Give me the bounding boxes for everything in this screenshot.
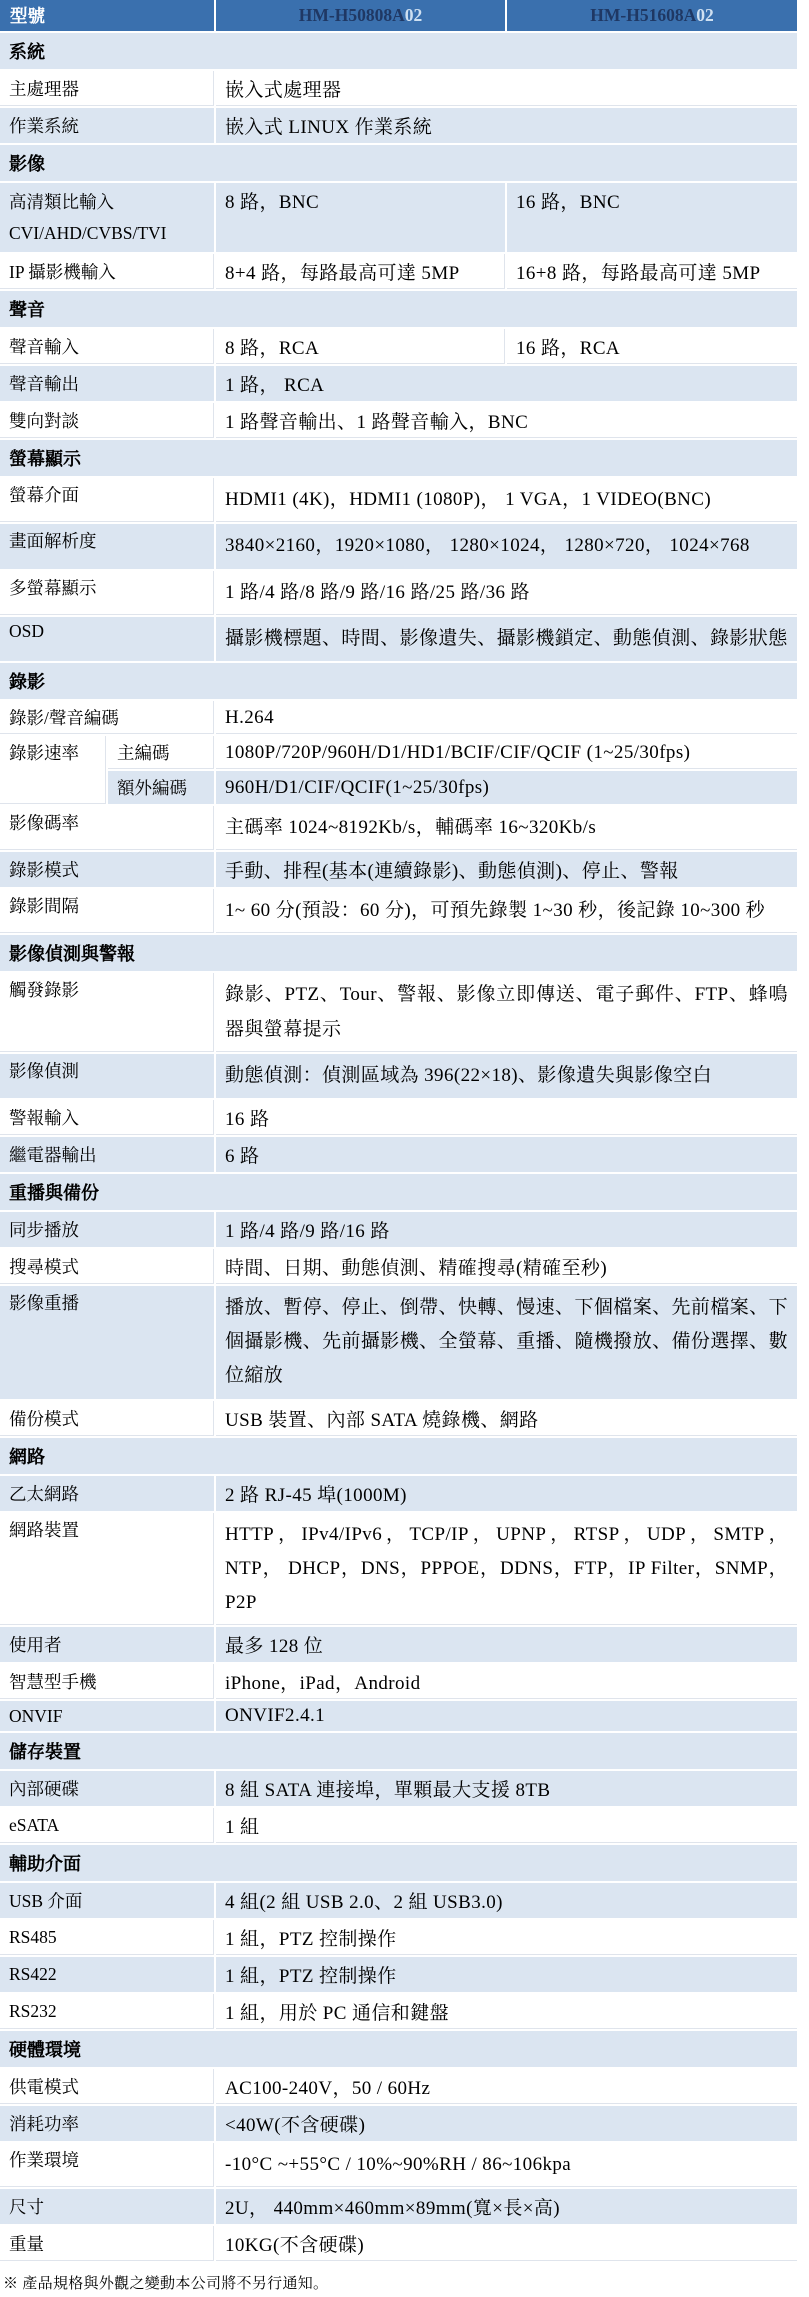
- row-value: 16 路，RCA: [507, 329, 799, 366]
- table-row: 錄影間隔1~ 60 分(預設：60 分)，可預先錄製 1~30 秒，後記錄 10…: [0, 889, 799, 935]
- table-row: 重量10KG(不含硬碟): [0, 2226, 799, 2263]
- table-header-row: 型號 HM-H50808A02 HM-H51608A02: [0, 0, 799, 33]
- row-label: RS422: [0, 1957, 216, 1994]
- section-row: 系統: [0, 33, 799, 71]
- row-label: USB 介面: [0, 1883, 216, 1920]
- row-value: 嵌入式處理器: [216, 71, 799, 108]
- section-title: 影像: [0, 145, 799, 183]
- row-label: 影像偵測: [0, 1054, 216, 1100]
- section-row: 重播與備份: [0, 1174, 799, 1212]
- row-label: 重量: [0, 2226, 216, 2263]
- table-row: USB 介面4 組(2 組 USB 2.0、2 組 USB3.0): [0, 1883, 799, 1920]
- row-label: 尺寸: [0, 2189, 216, 2226]
- row-value: 6 路: [216, 1137, 799, 1174]
- row-value: HDMI1 (4K)，HDMI1 (1080P)， 1 VGA，1 VIDEO(…: [216, 478, 799, 524]
- row-value: 1080P/720P/960H/D1/HD1/BCIF/CIF/QCIF (1~…: [216, 736, 799, 771]
- row-label: 搜尋模式: [0, 1249, 216, 1286]
- table-row: 同步播放1 路/4 路/9 路/16 路: [0, 1212, 799, 1249]
- table-row: 乙太網路2 路 RJ-45 埠(1000M): [0, 1476, 799, 1513]
- row-label: 聲音輸出: [0, 366, 216, 403]
- table-row: RS4851 組，PTZ 控制操作: [0, 1920, 799, 1957]
- row-value: <40W(不含硬碟): [216, 2106, 799, 2143]
- row-value: 1 路/4 路/8 路/9 路/16 路/25 路/36 路: [216, 571, 799, 617]
- section-title: 網路: [0, 1438, 799, 1476]
- row-label: 雙向對談: [0, 403, 216, 440]
- row-value: 1 組，PTZ 控制操作: [216, 1957, 799, 1994]
- model-a-header: HM-H50808A02: [216, 0, 507, 33]
- table-row: ONVIFONVIF2.4.1: [0, 1701, 799, 1733]
- row-label: 消耗功率: [0, 2106, 216, 2143]
- table-row: 額外編碼960H/D1/CIF/QCIF(1~25/30fps): [0, 771, 799, 806]
- section-row: 聲音: [0, 291, 799, 329]
- row-value: 10KG(不含硬碟): [216, 2226, 799, 2263]
- table-row: 網路裝置HTTP，IPv4/IPv6，TCP/IP，UPNP，RTSP，UDP，…: [0, 1513, 799, 1628]
- row-value: 16 路: [216, 1100, 799, 1137]
- table-row: 影像碼率主碼率 1024~8192Kb/s，輔碼率 16~320Kb/s: [0, 806, 799, 852]
- section-title: 螢幕顯示: [0, 440, 799, 478]
- row-label: 影像碼率: [0, 806, 216, 852]
- section-row: 輔助介面: [0, 1845, 799, 1883]
- model-a-name: HM-H50808A: [299, 5, 405, 25]
- model-b-suffix: 02: [696, 5, 714, 25]
- table-row: 消耗功率<40W(不含硬碟): [0, 2106, 799, 2143]
- row-value: 1 路/4 路/9 路/16 路: [216, 1212, 799, 1249]
- row-label: 繼電器輸出: [0, 1137, 216, 1174]
- model-a-suffix: 02: [405, 5, 423, 25]
- section-row: 網路: [0, 1438, 799, 1476]
- table-row: 多螢幕顯示1 路/4 路/8 路/9 路/16 路/25 路/36 路: [0, 571, 799, 617]
- row-label: 同步播放: [0, 1212, 216, 1249]
- row-value: 16+8 路，每路最高可達 5MP: [507, 254, 799, 291]
- row-value: 960H/D1/CIF/QCIF(1~25/30fps): [216, 771, 799, 806]
- table-row: 繼電器輸出6 路: [0, 1137, 799, 1174]
- section-row: 螢幕顯示: [0, 440, 799, 478]
- row-value: -10°C ~+55°C / 10%~90%RH / 86~106kpa: [216, 2143, 799, 2189]
- row-value: 1 組: [216, 1808, 799, 1845]
- row-value: 動態偵測：偵測區域為 396(22×18)、影像遺失與影像空白: [216, 1054, 799, 1100]
- table-row: IP 攝影機輸入8+4 路，每路最高可達 5MP16+8 路，每路最高可達 5M…: [0, 254, 799, 291]
- row-value: 8 路，RCA: [216, 329, 507, 366]
- row-value: 1 組，用於 PC 通信和鍵盤: [216, 1994, 799, 2031]
- row-value: USB 裝置、內部 SATA 燒錄機、網路: [216, 1401, 799, 1438]
- row-label: RS232: [0, 1994, 216, 2031]
- table-row: 雙向對談1 路聲音輸出、1 路聲音輸入，BNC: [0, 403, 799, 440]
- row-value: 1 組，PTZ 控制操作: [216, 1920, 799, 1957]
- section-title: 系統: [0, 33, 799, 71]
- table-row: 螢幕介面HDMI1 (4K)，HDMI1 (1080P)， 1 VGA，1 VI…: [0, 478, 799, 524]
- row-value: 2 路 RJ-45 埠(1000M): [216, 1476, 799, 1513]
- section-row: 影像偵測與警報: [0, 935, 799, 973]
- table-row: 畫面解析度3840×2160，1920×1080， 1280×1024， 128…: [0, 524, 799, 570]
- footnote: ※ 產品規格與外觀之變動本公司將不另行通知。: [0, 2263, 809, 2297]
- row-label: 錄影間隔: [0, 889, 216, 935]
- row-value: 1 路聲音輸出、1 路聲音輸入，BNC: [216, 403, 799, 440]
- section-title: 輔助介面: [0, 1845, 799, 1883]
- table-row: 使用者最多 128 位: [0, 1627, 799, 1664]
- row-label: 高清類比輸入 CVI/AHD/CVBS/TVI: [0, 183, 216, 254]
- section-title: 儲存裝置: [0, 1733, 799, 1771]
- table-row: 錄影速率主編碼1080P/720P/960H/D1/HD1/BCIF/CIF/Q…: [0, 736, 799, 771]
- section-row: 儲存裝置: [0, 1733, 799, 1771]
- row-label: 畫面解析度: [0, 524, 216, 570]
- row-value: 16 路，BNC: [507, 183, 799, 254]
- row-value: 最多 128 位: [216, 1627, 799, 1664]
- row-label: 主處理器: [0, 71, 216, 108]
- model-column-label: 型號: [0, 0, 216, 33]
- row-label: 警報輸入: [0, 1100, 216, 1137]
- table-row: 搜尋模式時間、日期、動態偵測、精確搜尋(精確至秒): [0, 1249, 799, 1286]
- table-row: 作業環境-10°C ~+55°C / 10%~90%RH / 86~106kpa: [0, 2143, 799, 2189]
- table-row: 尺寸2U， 440mm×460mm×89mm(寬×長×高): [0, 2189, 799, 2226]
- table-row: 備份模式USB 裝置、內部 SATA 燒錄機、網路: [0, 1401, 799, 1438]
- table-row: 主處理器嵌入式處理器: [0, 71, 799, 108]
- row-label: 網路裝置: [0, 1513, 216, 1628]
- row-label: 錄影模式: [0, 852, 216, 889]
- row-value: ONVIF2.4.1: [216, 1701, 799, 1733]
- row-value: 播放、暫停、停止、倒帶、快轉、慢速、下個檔案、先前檔案、下個攝影機、先前攝影機、…: [216, 1286, 799, 1401]
- row-label: 乙太網路: [0, 1476, 216, 1513]
- table-row: 作業系統嵌入式 LINUX 作業系統: [0, 108, 799, 145]
- row-value: 主碼率 1024~8192Kb/s，輔碼率 16~320Kb/s: [216, 806, 799, 852]
- table-row: 影像偵測動態偵測：偵測區域為 396(22×18)、影像遺失與影像空白: [0, 1054, 799, 1100]
- section-title: 影像偵測與警報: [0, 935, 799, 973]
- table-row: 警報輸入16 路: [0, 1100, 799, 1137]
- row-label: 供電模式: [0, 2069, 216, 2106]
- table-row: 聲音輸入8 路，RCA16 路，RCA: [0, 329, 799, 366]
- row-value: iPhone，iPad，Android: [216, 1664, 799, 1701]
- row-value: 1 路， RCA: [216, 366, 799, 403]
- model-b-name: HM-H51608A: [590, 5, 696, 25]
- row-value: HTTP，IPv4/IPv6，TCP/IP，UPNP，RTSP，UDP，SMTP…: [216, 1513, 799, 1628]
- row-label: 螢幕介面: [0, 478, 216, 524]
- row-label: ONVIF: [0, 1701, 216, 1733]
- section-title: 重播與備份: [0, 1174, 799, 1212]
- row-label: 智慧型手機: [0, 1664, 216, 1701]
- row-value: 時間、日期、動態偵測、精確搜尋(精確至秒): [216, 1249, 799, 1286]
- table-row: 錄影模式手動、排程(基本(連續錄影)、動態偵測)、停止、警報: [0, 852, 799, 889]
- table-row: 高清類比輸入 CVI/AHD/CVBS/TVI8 路，BNC16 路，BNC: [0, 183, 799, 254]
- row-value: H.264: [216, 701, 799, 736]
- row-label: 錄影/聲音編碼: [0, 701, 216, 736]
- table-row: 聲音輸出1 路， RCA: [0, 366, 799, 403]
- section-row: 影像: [0, 145, 799, 183]
- row-label: 觸發錄影: [0, 973, 216, 1053]
- table-row: 內部硬碟8 組 SATA 連接埠，單顆最大支援 8TB: [0, 1771, 799, 1808]
- table-row: OSD攝影機標題、時間、影像遺失、攝影機鎖定、動態偵測、錄影狀態: [0, 617, 799, 663]
- section-title: 錄影: [0, 663, 799, 701]
- row-value: 2U， 440mm×460mm×89mm(寬×長×高): [216, 2189, 799, 2226]
- row-label: 內部硬碟: [0, 1771, 216, 1808]
- row-value: 嵌入式 LINUX 作業系統: [216, 108, 799, 145]
- row-label: 作業系統: [0, 108, 216, 145]
- row-label: 錄影速率: [0, 736, 108, 806]
- table-row: RS4221 組，PTZ 控制操作: [0, 1957, 799, 1994]
- table-row: 智慧型手機iPhone，iPad，Android: [0, 1664, 799, 1701]
- model-b-header: HM-H51608A02: [507, 0, 799, 33]
- table-row: 影像重播播放、暫停、停止、倒帶、快轉、慢速、下個檔案、先前檔案、下個攝影機、先前…: [0, 1286, 799, 1401]
- section-title: 聲音: [0, 291, 799, 329]
- section-title: 硬體環境: [0, 2031, 799, 2069]
- table-row: RS2321 組，用於 PC 通信和鍵盤: [0, 1994, 799, 2031]
- row-sublabel: 額外編碼: [108, 771, 216, 806]
- table-row: 供電模式AC100-240V，50 / 60Hz: [0, 2069, 799, 2106]
- table-row: 錄影/聲音編碼H.264: [0, 701, 799, 736]
- row-label: 備份模式: [0, 1401, 216, 1438]
- row-label: eSATA: [0, 1808, 216, 1845]
- row-label: 使用者: [0, 1627, 216, 1664]
- row-value: 4 組(2 組 USB 2.0、2 組 USB3.0): [216, 1883, 799, 1920]
- row-value: 攝影機標題、時間、影像遺失、攝影機鎖定、動態偵測、錄影狀態: [216, 617, 799, 663]
- section-row: 硬體環境: [0, 2031, 799, 2069]
- row-label: 影像重播: [0, 1286, 216, 1401]
- table-row: eSATA1 組: [0, 1808, 799, 1845]
- row-label: OSD: [0, 617, 216, 663]
- row-label: 多螢幕顯示: [0, 571, 216, 617]
- row-value: 8+4 路，每路最高可達 5MP: [216, 254, 507, 291]
- row-label: 作業環境: [0, 2143, 216, 2189]
- section-row: 錄影: [0, 663, 799, 701]
- spec-table-body: 系統主處理器嵌入式處理器作業系統嵌入式 LINUX 作業系統影像高清類比輸入 C…: [0, 33, 799, 2263]
- row-value: 手動、排程(基本(連續錄影)、動態偵測)、停止、警報: [216, 852, 799, 889]
- row-value: 8 路，BNC: [216, 183, 507, 254]
- row-value: 8 組 SATA 連接埠，單顆最大支援 8TB: [216, 1771, 799, 1808]
- row-value: AC100-240V，50 / 60Hz: [216, 2069, 799, 2106]
- table-row: 觸發錄影錄影、PTZ、Tour、警報、影像立即傳送、電子郵件、FTP、蜂鳴器與螢…: [0, 973, 799, 1053]
- row-value: 3840×2160，1920×1080， 1280×1024， 1280×720…: [216, 524, 799, 570]
- row-value: 錄影、PTZ、Tour、警報、影像立即傳送、電子郵件、FTP、蜂鳴器與螢幕提示: [216, 973, 799, 1053]
- row-sublabel: 主編碼: [108, 736, 216, 771]
- row-label: 聲音輸入: [0, 329, 216, 366]
- spec-table: 型號 HM-H50808A02 HM-H51608A02 系統主處理器嵌入式處理…: [0, 0, 799, 2263]
- row-label: IP 攝影機輸入: [0, 254, 216, 291]
- row-value: 1~ 60 分(預設：60 分)，可預先錄製 1~30 秒，後記錄 10~300…: [216, 889, 799, 935]
- row-label: RS485: [0, 1920, 216, 1957]
